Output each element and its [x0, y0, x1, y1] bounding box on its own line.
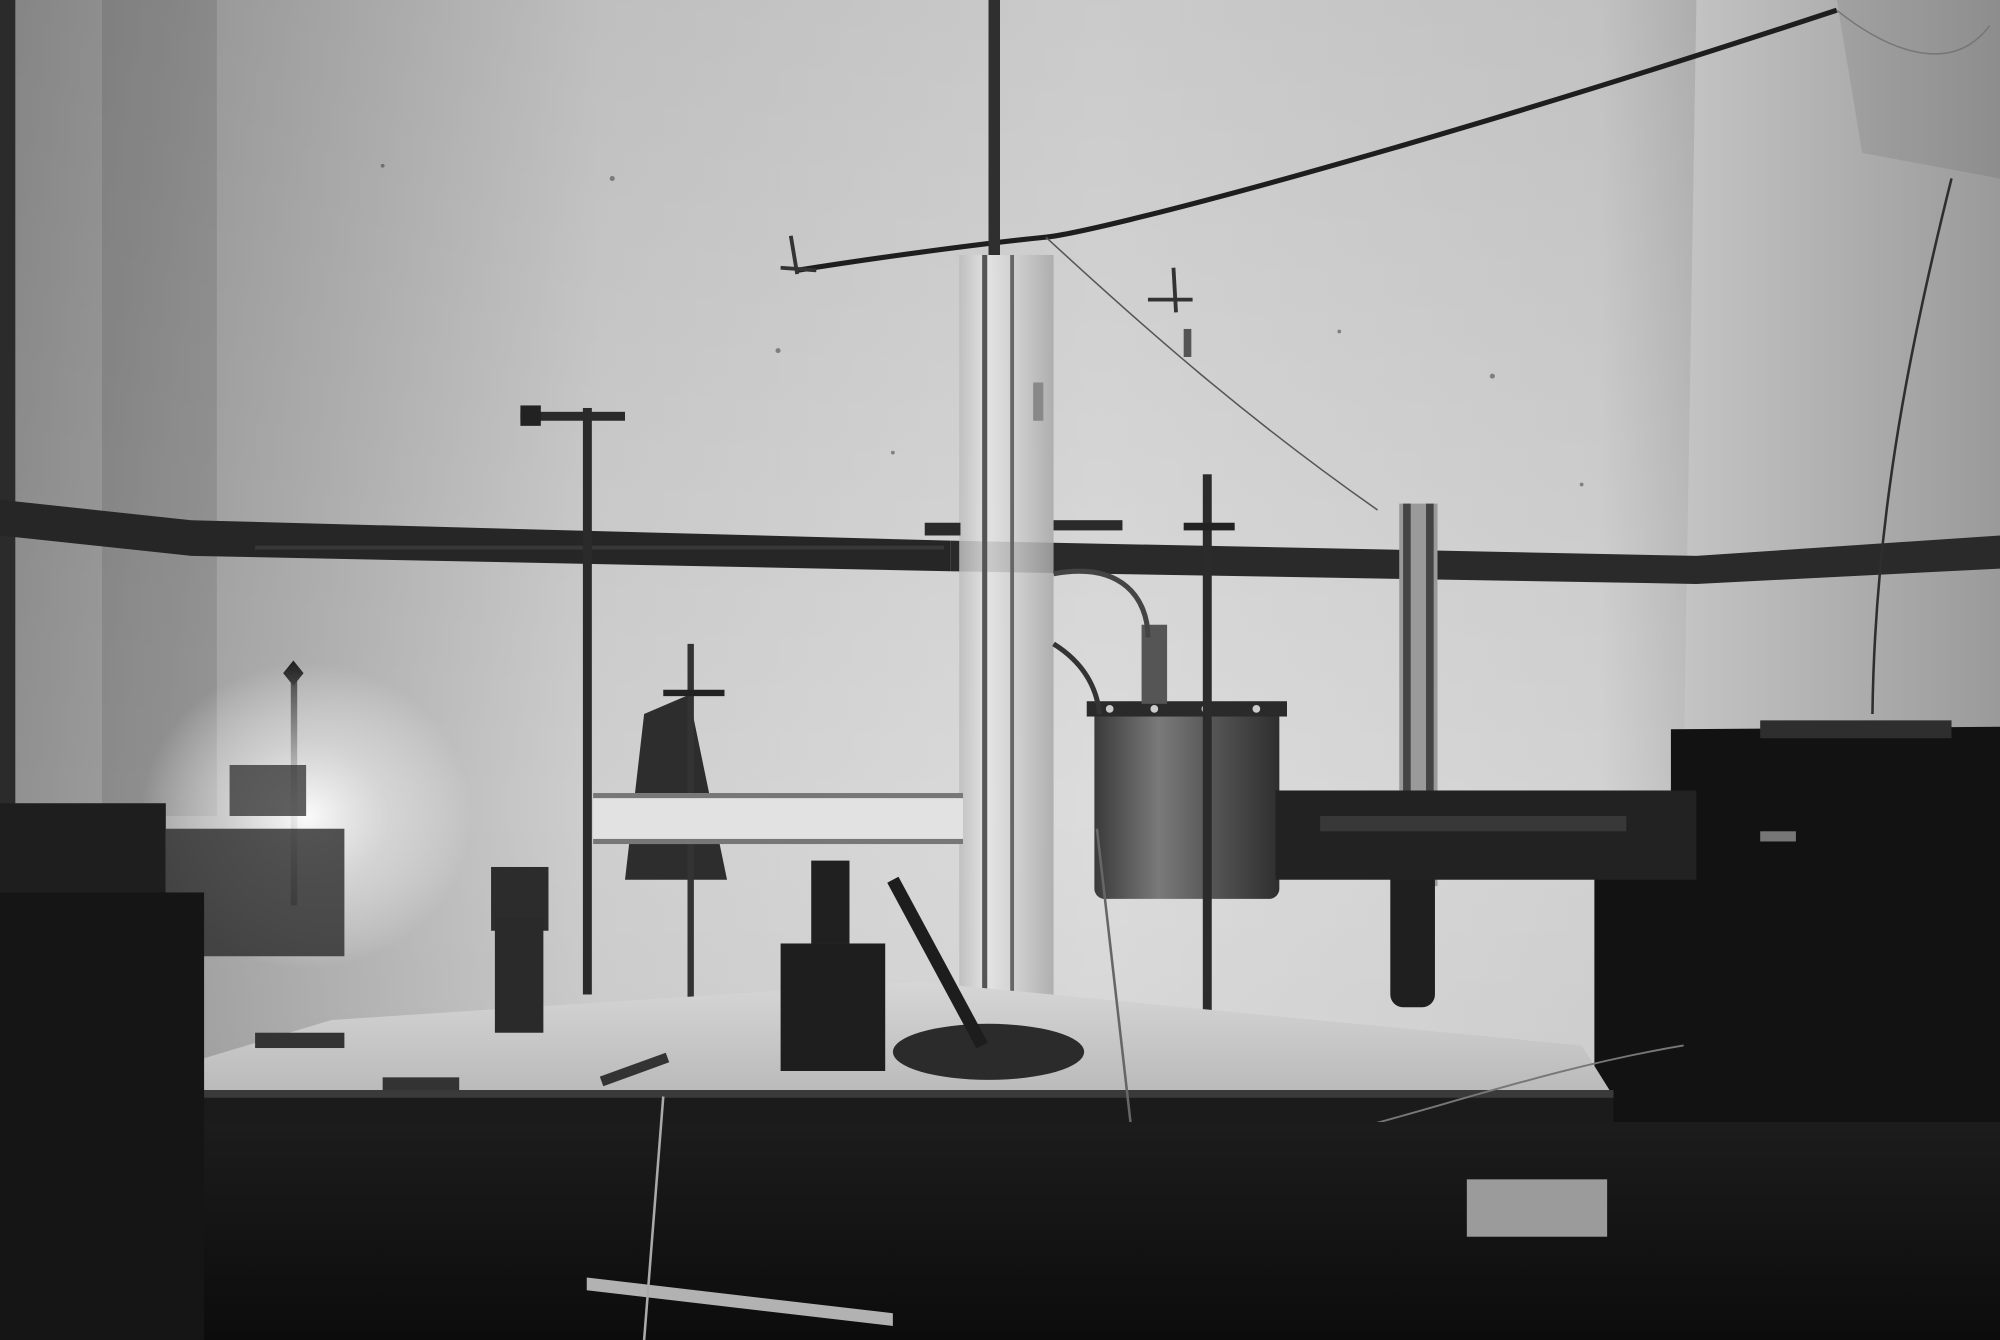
- foreground-floor: [0, 1122, 2000, 1340]
- shelf-tray: [593, 793, 963, 844]
- central-rod: [989, 0, 1000, 255]
- central-glass-column: [959, 255, 1053, 1026]
- photograph-frame: Black-and-white photograph of an early p…: [0, 0, 2000, 1340]
- laboratory-photograph: [0, 0, 2000, 1340]
